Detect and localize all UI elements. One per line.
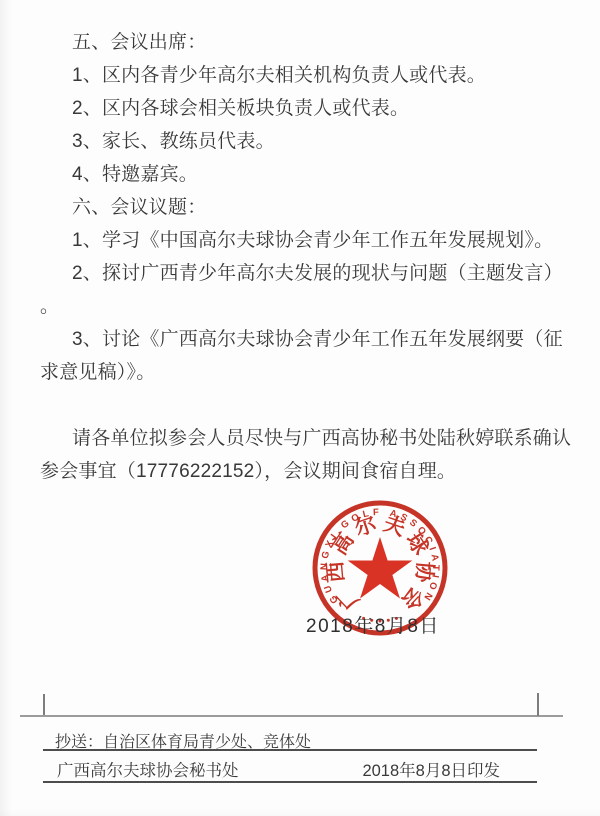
body-line: 参会事宜（17776222152），会议期间食宿自理。 xyxy=(40,456,566,489)
footer-rule-top xyxy=(43,749,537,751)
page-margin-tick-left xyxy=(43,694,45,715)
footer-row: 广西高尔夫球协会秘书处 2018年8月8日印发 xyxy=(57,757,500,781)
body-line: 六、会议议题： xyxy=(40,192,566,225)
body-line: 2、区内各球会相关板块负责人或代表。 xyxy=(40,93,566,126)
body-line: 4、特邀嘉宾。 xyxy=(40,159,566,192)
body-line: 3、讨论《广西高尔夫球协会青少年工作五年发展纲要（征 xyxy=(40,324,566,357)
issuer: 广西高尔夫球协会秘书处 xyxy=(57,757,239,781)
seal-star-icon xyxy=(348,537,413,599)
document-body: 五、会议出席：1、区内各青少年高尔夫相关机构负责人或代表。2、区内各球会相关板块… xyxy=(40,27,566,489)
page-margin-tick-right xyxy=(537,693,539,716)
body-line: 求意见稿）》。 xyxy=(40,357,566,390)
body-line: 。 xyxy=(40,291,566,324)
body-line: 2、探讨广西青少年高尔夫发展的现状与问题（主题发言） xyxy=(40,258,566,291)
seal-chinese-char: 协 xyxy=(411,560,437,584)
document-page: 五、会议出席：1、区内各青少年高尔夫相关机构负责人或代表。2、区内各球会相关板块… xyxy=(0,0,600,816)
body-line: 3、家长、教练员代表。 xyxy=(40,126,566,159)
body-line xyxy=(40,390,566,423)
body-line: 请各单位拟参会人员尽快与广西高协秘书处陆秋婷联系确认 xyxy=(40,423,566,456)
seal-chinese-char: 广 xyxy=(332,582,364,614)
stamp-date: 2018年8月8日 xyxy=(306,611,440,638)
issue-date: 2018年8月8日印发 xyxy=(362,757,500,781)
body-line: 五、会议出席： xyxy=(40,27,566,60)
seal-chinese-char: 会 xyxy=(397,582,429,614)
body-line: 1、区内各青少年高尔夫相关机构负责人或代表。 xyxy=(40,60,566,93)
seal-chinese-char: 西 xyxy=(324,560,349,583)
footer-rule-bottom xyxy=(43,781,537,783)
page-margin-line xyxy=(20,715,563,717)
body-line: 1、学习《中国高尔夫球协会青少年工作五年发展规划》。 xyxy=(40,225,566,258)
